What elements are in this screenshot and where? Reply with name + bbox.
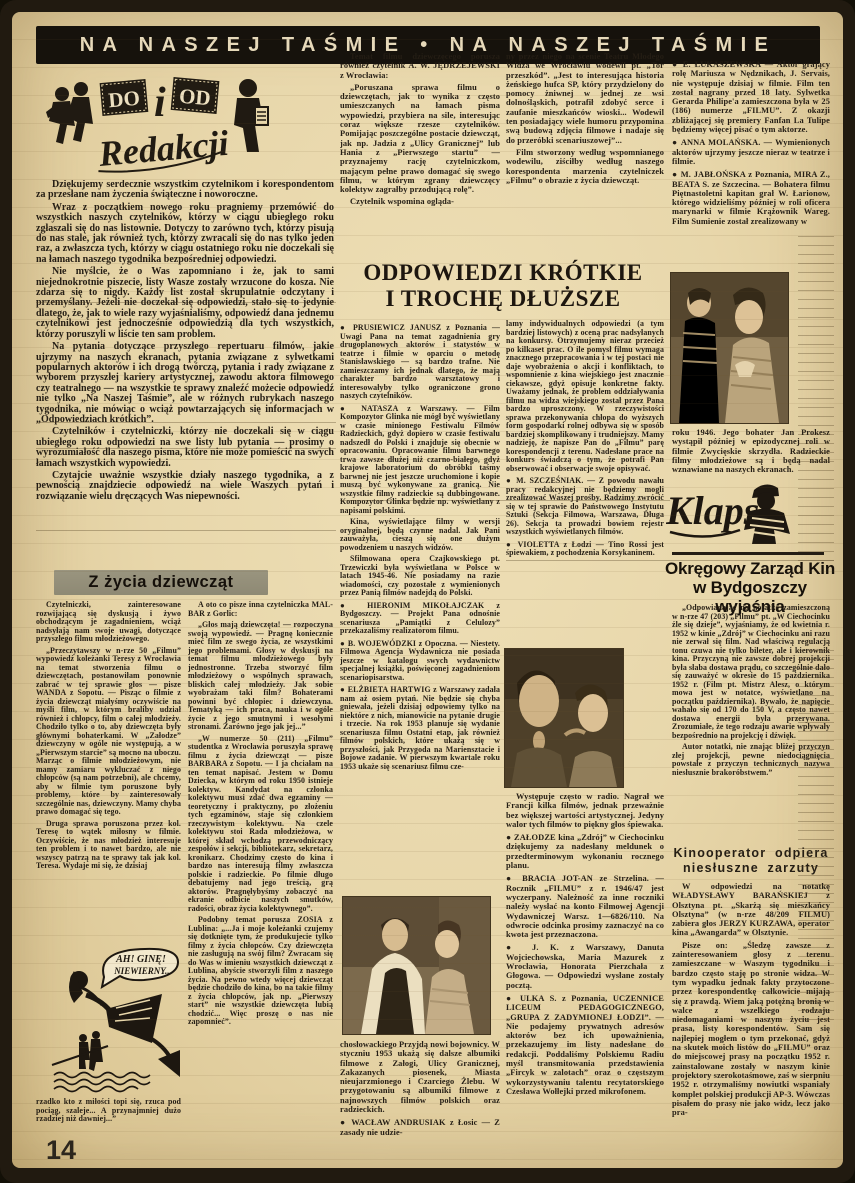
scan-line-artifact bbox=[36, 302, 336, 303]
scan-margin-lines bbox=[798, 228, 834, 564]
magazine-page: NA NASZEJ TAŚMIE • NA NASZEJ TAŚMIE DO i… bbox=[0, 0, 855, 1183]
paragraph: Na pytania dotyczące przyszłego repertua… bbox=[36, 342, 334, 425]
scan-line-artifact bbox=[340, 500, 670, 501]
paragraph: rzadko kto z miłości topi się, rzuca pod… bbox=[36, 1098, 181, 1124]
kids-silhouette-icon bbox=[46, 82, 93, 144]
paragraph: Dziękujemy serdecznie wszystkim czytelni… bbox=[36, 180, 334, 201]
photo-tino-rossi bbox=[504, 648, 624, 788]
paragraph: Sfilmowana opera Czajkowskiego pt. Trzew… bbox=[340, 555, 500, 598]
bubble-line-1: AH! GINĘ! bbox=[115, 954, 166, 965]
paragraph: ● E. ŁUKASZEWSKA — Aktor grający rolę Ma… bbox=[672, 60, 830, 134]
klaps-logo: Klaps bbox=[666, 480, 798, 548]
od-clapper: OD bbox=[171, 77, 220, 114]
girls-column-right: A oto co pisze inna czytelniczka MAL-BAR… bbox=[188, 601, 333, 1135]
column-2-top: Temat filmu dziewczęcego porusza również… bbox=[340, 52, 500, 255]
column-3-top: ny przez niego na scenie Teatru Młodego … bbox=[506, 52, 664, 255]
paragraph: ● NATASZA z Warszawy. — Film Kompozytor … bbox=[340, 405, 500, 516]
paragraph: Kina, wyświetlające filmy w wersji orygi… bbox=[340, 518, 500, 552]
paragraph: „Poruszana sprawa filmu o dziewczętach, … bbox=[340, 83, 500, 195]
scan-line-artifact bbox=[36, 448, 336, 449]
i-label: i bbox=[154, 80, 166, 126]
paragraph: Występuje często w radio. Nagrał we Fran… bbox=[506, 792, 664, 829]
paragraph: „W numerze 50 (211) „Filmu” studentka z … bbox=[188, 735, 333, 914]
paragraph: Czytelnik wspomina ogląda- bbox=[340, 197, 500, 206]
girls-section-header: Z życia dziewcząt bbox=[54, 570, 268, 595]
paragraph: Czytajcie uważnie wszystkie działy nasze… bbox=[36, 471, 334, 502]
scan-line-artifact bbox=[36, 422, 336, 423]
od-label: OD bbox=[178, 84, 211, 111]
do-clapper: DO bbox=[100, 79, 149, 116]
paragraph: „Głos mają dziewczęta! — rozpoczyna swoj… bbox=[188, 621, 333, 732]
photo-film-still-couple bbox=[342, 896, 491, 1035]
paragraph: ● ZAŁODZE kina „Zdrój” w Ciechocinku dzi… bbox=[506, 833, 664, 870]
girls-column-left-foot: rzadko kto z miłości topi się, rzuca pod… bbox=[36, 1098, 181, 1138]
paragraph: ● BRACIA JOT-AN ze Strzelina. — Rocznik … bbox=[506, 874, 664, 939]
column-2-foot: chosłowackiego Przyjdą nowi bojownicy. W… bbox=[340, 1040, 500, 1166]
column-3-lower: Występuje często w radio. Nagrał we Fran… bbox=[506, 792, 664, 1136]
water-waves bbox=[54, 1073, 150, 1092]
paragraph: Temat filmu dziewczęcego porusza również… bbox=[340, 52, 500, 80]
paragraph: Podobny temat porusza ZOSIA z Lublina: „… bbox=[188, 916, 333, 1027]
editor-silhouette-icon bbox=[234, 79, 269, 152]
photo-film-still-sumienie bbox=[670, 272, 789, 424]
paragraph: lamy indywidualnych odpowiedzi (a tym ba… bbox=[506, 320, 664, 473]
paragraph: Wraz z początkiem nowego roku pragniemy … bbox=[36, 203, 334, 265]
redakcji-script: Redakcji bbox=[96, 123, 230, 174]
photo-tino-art bbox=[505, 649, 623, 787]
paragraph: ● VIOLETTA z Łodzi — Tino Rossi jest śpi… bbox=[506, 541, 664, 558]
paragraph: ● PRUSIEWICZ JANUSZ z Poznania — Uwagi P… bbox=[340, 324, 500, 401]
paragraph: ● ULKA S. z Poznania, UCZENNICE LICEUM P… bbox=[506, 994, 664, 1096]
paragraph: ● HIERONIM MIKOŁAJCZAK z Bydgoszczy. — P… bbox=[340, 602, 500, 636]
masthead-logo: DO i OD Redakcji bbox=[40, 68, 290, 178]
paragraph: Druga sprawa poruszona przez kol. Teresę… bbox=[36, 820, 181, 871]
paragraph: chosłowackiego Przyjdą nowi bojownicy. W… bbox=[340, 1040, 500, 1114]
photo-sumienie-art bbox=[671, 273, 788, 423]
do-label: DO bbox=[107, 86, 140, 113]
paragraph: ● B. WOJEWÓDZKI z Opoczna. — Niestety. F… bbox=[340, 640, 500, 683]
girls-column-left: Czytelniczki, zainteresowane rozwijającą… bbox=[36, 601, 181, 941]
answers-section-header: ODPOWIEDZI KRÓTKIE I TROCHĘ DŁUŻSZE bbox=[340, 260, 666, 312]
paragraph: ● ELŻBIETA HARTWIG z Warszawy zadała nam… bbox=[340, 686, 500, 771]
answers-header-line2: I TROCHĘ DŁUŻSZE bbox=[340, 286, 666, 312]
diving-cartoon: AH! GINĘ! NIEWIERNY... bbox=[46, 943, 183, 1093]
cartoon-speech-bubble: AH! GINĘ! NIEWIERNY... bbox=[102, 949, 178, 987]
paragraph: ny przez niego na scenie Teatru Młodego … bbox=[506, 52, 664, 145]
paragraph: „Przeczytawszy w n-rze 50 „Filmu” wypowi… bbox=[36, 647, 181, 817]
paragraph: Nie myślcie, że o Was zapomniano i że, j… bbox=[36, 267, 334, 340]
paragraph: ● ANNA MOLAŃSKA. — Wymienionych aktorów … bbox=[672, 138, 830, 166]
page-number: 14 bbox=[46, 1136, 76, 1164]
answers-header-line1: ODPOWIEDZI KRÓTKIE bbox=[340, 260, 666, 286]
bubble-line-2: NIEWIERNY... bbox=[113, 966, 172, 976]
column-3-answers: lamy indywidualnych odpowiedzi (a tym ba… bbox=[506, 320, 664, 644]
intro-column: Dziękujemy serdecznie wszystkim czytelni… bbox=[36, 180, 334, 570]
paragraph: ● WACŁAW ANDRUSIAK z Łosic — Z zasady ni… bbox=[340, 1118, 500, 1137]
scan-line-artifact bbox=[36, 530, 336, 531]
paragraph: ● J. K. z Warszawy, Danuta Wojciechowska… bbox=[506, 943, 664, 989]
paragraph: Czytelniczki, zainteresowane rozwijającą… bbox=[36, 601, 181, 644]
paragraph: ● M. SZCZEŚNIAK. — Z powodu nawału pracy… bbox=[506, 477, 664, 537]
column-2-answers: ● PRUSIEWICZ JANUSZ z Poznania — Uwagi P… bbox=[340, 320, 500, 892]
photo-couple-art bbox=[343, 897, 490, 1034]
paragraph: Film stworzony według wspomnianego wodew… bbox=[506, 148, 664, 185]
scan-line-artifact bbox=[506, 560, 834, 561]
paragraph: ● M. JABŁOŃSKA z Poznania, MIRA Z., BEAT… bbox=[672, 170, 830, 226]
scan-margin-lines bbox=[798, 642, 834, 1022]
paragraph: A oto co pisze inna czytelniczka MAL-BAR… bbox=[188, 601, 333, 618]
